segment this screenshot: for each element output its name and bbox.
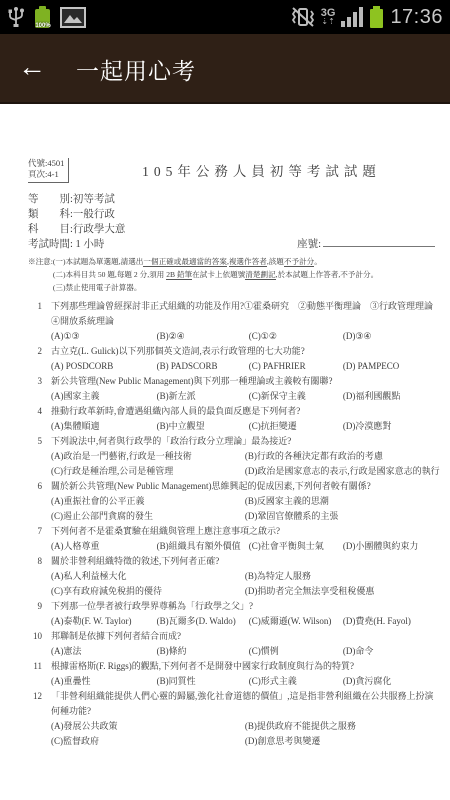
exam-notes: ※注意: (一)本試題為單選題,請選出一個正確或最適當的答案,複選作答者,該題不… xyxy=(28,255,435,294)
option-row: (A) POSDCORB(B) PADSCORB(C) PAFHRIER(D) … xyxy=(51,359,435,374)
notes-list: (一)本試題為單選題,請選出一個正確或最適當的答案,複選作答者,該題不予計分。(… xyxy=(53,255,378,294)
question-number: 12 xyxy=(28,689,42,749)
answer-option: (C)慣例 xyxy=(249,644,343,659)
answer-option: (A)人格尊重 xyxy=(51,539,157,554)
back-arrow-icon[interactable]: ← xyxy=(16,49,54,89)
exam-code-box: 代號:4501 頁次:4-1 xyxy=(28,158,69,183)
answer-option: (B)中立觀望 xyxy=(157,419,249,434)
field-level-text: 等 別:初等考試 xyxy=(28,192,115,207)
note-line: (三)禁止使用電子計算器。 xyxy=(53,281,378,294)
answer-option: (D)福利國觀點 xyxy=(343,389,435,404)
battery-charging-icon: 100% xyxy=(34,6,51,28)
answer-option: (D)鞏固官僚體系的主張 xyxy=(245,509,435,524)
network-arrows: ⇣⇡ xyxy=(321,18,334,26)
answer-option: (B)同質性 xyxy=(157,674,249,689)
exam-page-number: 頁次:4-1 xyxy=(28,169,64,180)
question-text: 「非營利組織能提供人們心靈的歸屬,強化社會道德的價值」,這是指非營利組織在公共服… xyxy=(51,689,435,719)
question-number: 8 xyxy=(28,554,42,599)
answer-option: (C)抗拒變遷 xyxy=(249,419,343,434)
question-item: 12「非營利組織能提供人們心靈的歸屬,強化社會道德的價值」,這是指非營利組織在公… xyxy=(28,689,435,749)
question-number: 10 xyxy=(28,629,42,659)
note-line: (二)本科目共 50 題,每題 2 分,須用 2B 鉛筆在試卡上依題號清楚劃記,… xyxy=(53,268,378,281)
document-viewer[interactable]: 代號:4501 頁次:4-1 105年公務人員初等考試試題 等 別:初等考試 類… xyxy=(0,104,450,800)
app-bar: ← 一起用心考 xyxy=(0,34,450,104)
question-item: 11根據雷格斯(F. Riggs)的觀點,下列何者不是開發中國家行政制度與行為的… xyxy=(28,659,435,689)
field-level: 等 別:初等考試 xyxy=(28,192,435,207)
seat-number-label: 座號: xyxy=(297,237,321,252)
answer-option: (A)憲法 xyxy=(51,644,157,659)
question-item: 8關於非營利組織特徵的敘述,下列何者正確?(A)私人利益極大化(B)為特定人服務… xyxy=(28,554,435,599)
answer-option: (B)新左派 xyxy=(157,389,249,404)
answer-option: (C)①② xyxy=(249,329,343,344)
answer-option: (D)政治是國家意志的表示,行政是國家意志的執行 xyxy=(245,464,435,479)
field-category: 類 科:一般行政 xyxy=(28,207,435,222)
answer-option: (A)①③ xyxy=(51,329,157,344)
answer-option: (D)冷漠應對 xyxy=(343,419,435,434)
field-duration-text: 考試時間: 1 小時 xyxy=(28,237,104,252)
answer-option: (A)政治是一門藝術,行政是一種技術 xyxy=(51,449,245,464)
question-text: 關於新公共管理(New Public Management)思維興起的促成因素,… xyxy=(51,479,435,494)
answer-option: (C)監督政府 xyxy=(51,734,245,749)
answer-option: (B)組織具有額外價值 xyxy=(157,539,249,554)
note-line: (一)本試題為單選題,請選出一個正確或最適當的答案,複選作答者,該題不予計分。 xyxy=(53,255,378,268)
answer-option: (B)為特定人服務 xyxy=(245,569,435,584)
answer-option: (B) PADSCORB xyxy=(157,359,249,374)
option-row: (A)政治是一門藝術,行政是一種技術(B)行政的各種決定都有政治的考慮(C)行政… xyxy=(51,449,435,479)
answer-option: (A)發展公共政策 xyxy=(51,719,245,734)
question-text: 古立克(L. Gulick)以下列那個英文造詞,表示行政管理的七大功能? xyxy=(51,344,435,359)
question-number: 4 xyxy=(28,404,42,434)
option-row: (A)重振社會的公平正義(B)反國家主義的思潮(C)遏止公部門貪腐的發生(D)鞏… xyxy=(51,494,435,524)
app-title: 一起用心考 xyxy=(76,53,196,86)
seat-number: 座號: xyxy=(297,237,435,252)
question-item: 3新公共管理(New Public Management)與下列那一種理論或主義… xyxy=(28,374,435,404)
answer-option: (D)小團體與約束力 xyxy=(343,539,435,554)
seat-number-blank xyxy=(323,237,435,247)
question-item: 10邦聯制是依據下列何者結合而成?(A)憲法(B)條約(C)慣例(D)命令 xyxy=(28,629,435,659)
battery-percent-label: 100% xyxy=(32,23,54,29)
answer-option: (D)③④ xyxy=(343,329,435,344)
field-subject: 科 目:行政學大意 xyxy=(28,222,435,237)
question-number: 3 xyxy=(28,374,42,404)
network-3g-icon: 3G ⇣⇡ xyxy=(321,8,336,26)
option-row: (A)發展公共政策(B)提供政府不能提供之服務(C)監督政府(D)創意思考與變遷 xyxy=(51,719,435,749)
question-number: 1 xyxy=(28,299,42,344)
question-number: 2 xyxy=(28,344,42,374)
answer-option: (D)捐助者完全無法享受租稅優惠 xyxy=(245,584,435,599)
answer-option: (C)威爾遜(W. Wilson) xyxy=(249,614,343,629)
question-text: 下列那一位學者被行政學界尊稱為「行政學之父」? xyxy=(51,599,435,614)
status-bar[interactable]: 100% 3G ⇣⇡ 17:36 xyxy=(0,0,450,34)
question-text: 邦聯制是依據下列何者結合而成? xyxy=(51,629,435,644)
answer-option: (D)創意思考與變遷 xyxy=(245,734,435,749)
field-duration: 考試時間: 1 小時 座號: xyxy=(28,237,435,252)
option-row: (A)國家主義(B)新左派(C)新保守主義(D)福利國觀點 xyxy=(51,389,435,404)
question-item: 4推動行政革新時,會遭遇組織內部人員的最負面反應是下列何者?(A)集體順適(B)… xyxy=(28,404,435,434)
answer-option: (C)社會平衡與士氣 xyxy=(249,539,343,554)
notes-prefix: ※注意: xyxy=(28,255,53,294)
answer-option: (B)條約 xyxy=(157,644,249,659)
question-item: 7下列何者不是霍桑實驗在組織與管理上應注意事項之啟示?(A)人格尊重(B)組織具… xyxy=(28,524,435,554)
answer-option: (A)私人利益極大化 xyxy=(51,569,245,584)
question-number: 11 xyxy=(28,659,42,689)
answer-option: (A) POSDCORB xyxy=(51,359,157,374)
question-number: 7 xyxy=(28,524,42,554)
question-text: 推動行政革新時,會遭遇組織內部人員的最負面反應是下列何者? xyxy=(51,404,435,419)
answer-option: (A)泰勒(F. W. Taylor) xyxy=(51,614,157,629)
answer-option: (B)瓦爾多(D. Waldo) xyxy=(157,614,249,629)
answer-option: (B)反國家主義的思潮 xyxy=(245,494,435,509)
option-row: (A)集體順適(B)中立觀望(C)抗拒變遷(D)冷漠應對 xyxy=(51,419,435,434)
question-item: 2古立克(L. Gulick)以下列那個英文造詞,表示行政管理的七大功能?(A)… xyxy=(28,344,435,374)
answer-option: (C)形式主義 xyxy=(249,674,343,689)
exam-code: 代號:4501 xyxy=(28,158,64,169)
question-item: 9下列那一位學者被行政學界尊稱為「行政學之父」?(A)泰勒(F. W. Tayl… xyxy=(28,599,435,629)
answer-option: (D) PAMPECO xyxy=(343,359,435,374)
answer-option: (B)②④ xyxy=(157,329,249,344)
question-number: 5 xyxy=(28,434,42,479)
exam-page: 代號:4501 頁次:4-1 105年公務人員初等考試試題 等 別:初等考試 類… xyxy=(0,104,450,749)
option-row: (A)重疊性(B)同質性(C)形式主義(D)貪污腐化 xyxy=(51,674,435,689)
answer-option: (A)重振社會的公平正義 xyxy=(51,494,245,509)
screen: 100% 3G ⇣⇡ 17:36 ← 一起用心考 xyxy=(0,0,450,800)
question-item: 5下列說法中,何者與行政學的「政治行政分立理論」最為接近?(A)政治是一門藝術,… xyxy=(28,434,435,479)
answer-option: (C)遏止公部門貪腐的發生 xyxy=(51,509,245,524)
answer-option: (C)行政是種治理,公司是種管理 xyxy=(51,464,245,479)
answer-option: (A)重疊性 xyxy=(51,674,157,689)
option-row: (A)泰勒(F. W. Taylor)(B)瓦爾多(D. Waldo)(C)威爾… xyxy=(51,614,435,629)
signal-strength-icon xyxy=(341,7,363,27)
answer-option: (B)提供政府不能提供之服務 xyxy=(245,719,435,734)
question-item: 6關於新公共管理(New Public Management)思維興起的促成因素… xyxy=(28,479,435,524)
usb-icon xyxy=(7,6,25,28)
question-text: 新公共管理(New Public Management)與下列那一種理論或主義較… xyxy=(51,374,435,389)
question-list: 1下列那些理論曾經探討非正式組織的功能及作用?①霍桑研究 ②動態平衡理論 ③行政… xyxy=(28,299,435,749)
field-subject-text: 科 目:行政學大意 xyxy=(28,222,125,237)
answer-option: (A)國家主義 xyxy=(51,389,157,404)
question-text: 根據雷格斯(F. Riggs)的觀點,下列何者不是開發中國家行政制度與行為的特質… xyxy=(51,659,435,674)
option-row: (A)人格尊重(B)組織具有額外價值(C)社會平衡與士氣(D)小團體與約束力 xyxy=(51,539,435,554)
field-category-text: 類 科:一般行政 xyxy=(28,207,115,222)
document-header: 代號:4501 頁次:4-1 105年公務人員初等考試試題 xyxy=(28,158,435,186)
answer-option: (A)集體順適 xyxy=(51,419,157,434)
vibrate-icon xyxy=(291,6,315,28)
question-text: 關於非營利組織特徵的敘述,下列何者正確? xyxy=(51,554,435,569)
question-number: 6 xyxy=(28,479,42,524)
question-text: 下列說法中,何者與行政學的「政治行政分立理論」最為接近? xyxy=(51,434,435,449)
answer-option: (C) PAFHRIER xyxy=(249,359,343,374)
question-text: 下列那些理論曾經探討非正式組織的功能及作用?①霍桑研究 ②動態平衡理論 ③行政管… xyxy=(51,299,435,329)
option-row: (A)私人利益極大化(B)為特定人服務(C)享有政府減免稅捐的優待(D)捐助者完… xyxy=(51,569,435,599)
answer-option: (C)享有政府減免稅捐的優待 xyxy=(51,584,245,599)
question-text: 下列何者不是霍桑實驗在組織與管理上應注意事項之啟示? xyxy=(51,524,435,539)
battery-icon xyxy=(369,6,384,28)
question-item: 1下列那些理論曾經探討非正式組織的功能及作用?①霍桑研究 ②動態平衡理論 ③行政… xyxy=(28,299,435,344)
gallery-icon xyxy=(60,7,86,28)
answer-option: (D)貪污腐化 xyxy=(343,674,435,689)
answer-option: (D)費堯(H. Fayol) xyxy=(343,614,435,629)
question-number: 9 xyxy=(28,599,42,629)
answer-option: (C)新保守主義 xyxy=(249,389,343,404)
answer-option: (B)行政的各種決定都有政治的考慮 xyxy=(245,449,435,464)
exam-title: 105年公務人員初等考試試題 xyxy=(88,160,435,180)
clock: 17:36 xyxy=(390,6,443,29)
option-row: (A)①③(B)②④(C)①②(D)③④ xyxy=(51,329,435,344)
option-row: (A)憲法(B)條約(C)慣例(D)命令 xyxy=(51,644,435,659)
answer-option: (D)命令 xyxy=(343,644,435,659)
